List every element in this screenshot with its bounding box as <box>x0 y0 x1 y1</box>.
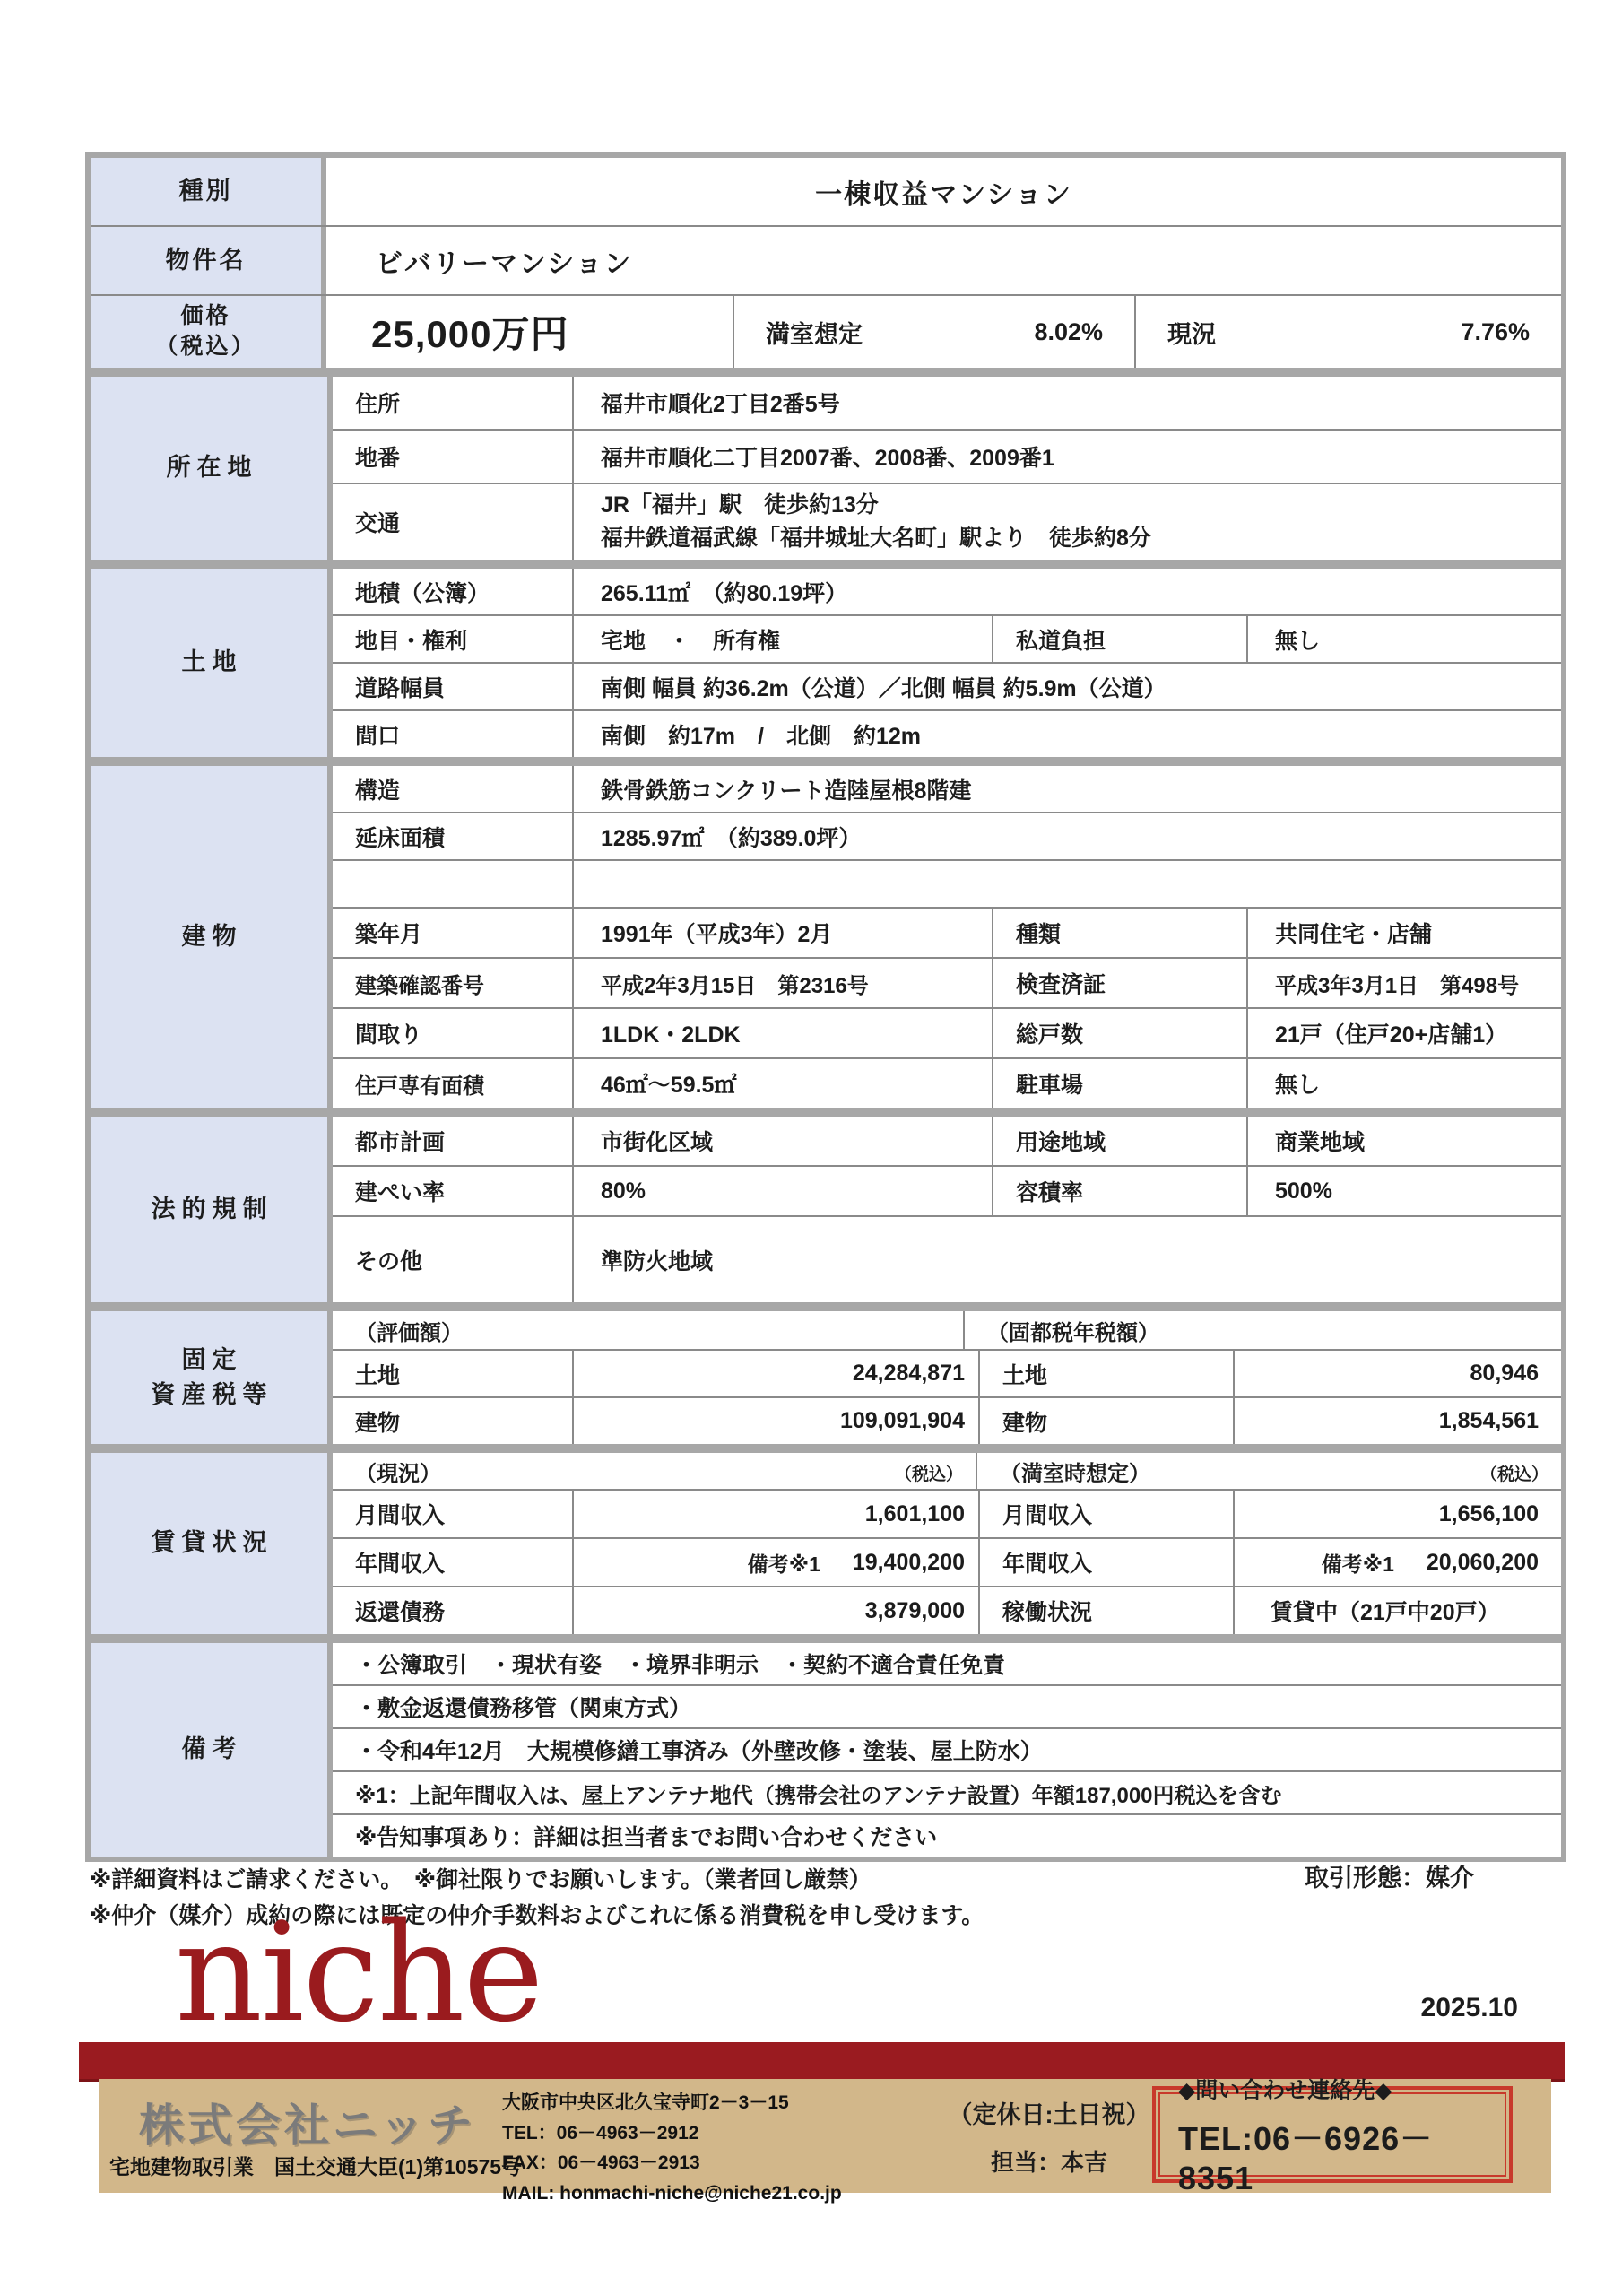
built-year-value: 1991年（平成3年）2月 <box>572 909 992 957</box>
remark-row-5: ※告知事項あり：詳細は担当者までお問い合わせください <box>333 1813 1561 1857</box>
annual-income-note-right: 備考※1 <box>1322 1548 1394 1578</box>
tax-incl-left: （税込） <box>895 1461 963 1489</box>
road-width-value: 南側 幅員 約36.2m（公道）／北側 幅員 約5.9m（公道） <box>572 664 1561 709</box>
city-plan-label: 都市計画 <box>333 1117 572 1165</box>
section-location: 所在地 住所 福井市順化2丁目2番5号 地番 福井市順化二丁目2007番、200… <box>91 368 1561 560</box>
company-name: 株式会社ニッチ <box>139 2090 476 2154</box>
parking-value: 無し <box>1246 1059 1561 1108</box>
access-value: JR「福井」駅 徒歩約13分 福井鉄道福武線「福井城址大名町」駅より 徒歩約8分 <box>572 484 1561 560</box>
building-kind-label: 種類 <box>992 909 1246 957</box>
property-flyer-page: 種別 一棟収益マンション 物件名 ビバリーマンション 価格 （税込） 25,00… <box>0 0 1622 2296</box>
section-label-land: 土地 <box>91 569 333 757</box>
legal-other-value: 準防火地域 <box>572 1217 1561 1302</box>
annual-income-label-2: 年間収入 <box>978 1539 1233 1586</box>
section-rent: 賃貸状況 （現況） （税込） （満室時想定） （税込） 月間収入 1,601,1… <box>91 1444 1561 1634</box>
tax-building-label-2: 建物 <box>978 1398 1233 1444</box>
property-table: 種別 一棟収益マンション 物件名 ビバリーマンション 価格 （税込） 25,00… <box>85 152 1566 1862</box>
lot-value: 福井市順化二丁目2007番、2008番、2009番1 <box>572 430 1561 483</box>
row-structure: 構造 鉄骨鉄筋コンクリート造陸屋根8階建 <box>333 766 1561 812</box>
yield-full-value: 8.02% <box>1034 318 1103 346</box>
section-remarks: 備考 ・公簿取引 ・現状有姿 ・境界非明示 ・契約不適合責任免責 ・敷金返還債務… <box>91 1634 1561 1857</box>
occupancy-label: 稼働状況 <box>978 1587 1233 1634</box>
tax-building-assessed: 109,091,904 <box>572 1398 978 1444</box>
total-units-label: 総戸数 <box>992 1009 1246 1057</box>
row-price: 価格 （税込） 25,000万円 満室想定 8.02% 現況 7.76% <box>91 294 1561 368</box>
permit-label: 建築確認番号 <box>333 959 572 1007</box>
legal-other-label: その他 <box>333 1217 572 1302</box>
row-monthly-income: 月間収入 1,601,100 月間収入 1,656,100 <box>333 1489 1561 1537</box>
type-value: 一棟収益マンション <box>326 158 1561 225</box>
row-land-category: 地目・権利 宅地 ・ 所有権 私道負担 無し <box>333 614 1561 662</box>
access-label: 交通 <box>333 484 572 560</box>
road-width-label: 道路幅員 <box>333 664 572 709</box>
section-label-rent: 賃貸状況 <box>91 1453 333 1634</box>
row-tax-building: 建物 109,091,904 建物 1,854,561 <box>333 1396 1561 1444</box>
annual-income-label: 年間収入 <box>333 1539 572 1586</box>
rent-full-header: （満室時想定） <box>1000 1456 1150 1487</box>
row-permit: 建築確認番号 平成2年3月15日 第2316号 検査済証 平成3年3月1日 第4… <box>333 957 1561 1007</box>
row-deposit: 返還債務 3,879,000 稼働状況 賃貸中（21戸中20戸） <box>333 1586 1561 1634</box>
price-label: 価格 （税込） <box>91 296 326 368</box>
section-land: 土地 地積（公簿） 265.11㎡ （約80.19坪） 地目・権利 宅地 ・ 所… <box>91 560 1561 757</box>
spacer-label <box>333 861 572 907</box>
annual-income-current: 19,400,200 <box>853 1550 965 1576</box>
parking-label: 駐車場 <box>992 1059 1246 1108</box>
remark-row-4: ※1：上記年間収入は、屋上アンテナ地代（携帯会社のアンテナ設置）年額187,00… <box>333 1770 1561 1813</box>
holiday-note: （定休日:土日祝） <box>937 2095 1161 2130</box>
inquiry-tel: TEL:06－6926－8351 <box>1178 2114 1505 2197</box>
annual-income-note-left: 備考※1 <box>748 1548 820 1578</box>
row-unit-area: 住戸専有面積 46㎡～59.5㎡ 駐車場 無し <box>333 1057 1561 1108</box>
spacer-value <box>572 861 1561 907</box>
deposit-value: 3,879,000 <box>572 1587 978 1634</box>
remark-row-3: ・令和4年12月 大規模修繕工事済み（外壁改修・塗装、屋上防水） <box>333 1727 1561 1770</box>
annual-income-current-cell: 備考※1 19,400,200 <box>572 1539 978 1586</box>
property-name-label: 物件名 <box>91 227 326 294</box>
row-city-plan: 都市計画 市街化区域 用途地域 商業地域 <box>333 1117 1561 1165</box>
row-tax-header: （評価額） （固都税年税額） <box>333 1311 1561 1349</box>
tax-building-annual: 1,854,561 <box>1233 1398 1561 1444</box>
zone-value: 商業地域 <box>1246 1117 1561 1165</box>
layout-label: 間取り <box>333 1009 572 1057</box>
section-building: 建物 構造 鉄骨鉄筋コンクリート造陸屋根8階建 延床面積 1285.97㎡ （約… <box>91 757 1561 1108</box>
annual-income-full: 20,060,200 <box>1427 1550 1539 1576</box>
unit-area-label: 住戸専有面積 <box>333 1059 572 1108</box>
monthly-income-label-2: 月間収入 <box>978 1491 1233 1537</box>
niche-logo: niche <box>175 1905 542 2041</box>
land-category-label: 地目・権利 <box>333 616 572 662</box>
occupancy-value: 賃貸中（21戸中20戸） <box>1233 1587 1561 1634</box>
company-contact-block: 大阪市中央区北久宝寺町2－3－15 TEL：06－4963－2912 FAX：0… <box>502 2088 842 2208</box>
yield-current-value: 7.76% <box>1461 318 1530 346</box>
land-category-value: 宅地 ・ 所有権 <box>572 616 992 662</box>
inspection-label: 検査済証 <box>992 959 1246 1007</box>
remark-row-2: ・敷金返還債務移管（関東方式） <box>333 1684 1561 1727</box>
row-layout: 間取り 1LDK・2LDK 総戸数 21戸（住戸20+店舗1） <box>333 1007 1561 1057</box>
section-label-building: 建物 <box>91 766 333 1108</box>
far-value: 500% <box>1246 1167 1561 1215</box>
row-rent-header: （現況） （税込） （満室時想定） （税込） <box>333 1453 1561 1489</box>
section-summary: 種別 一棟収益マンション 物件名 ビバリーマンション 価格 （税込） 25,00… <box>91 158 1561 368</box>
publication-date: 2025.10 <box>1385 1993 1518 2023</box>
structure-label: 構造 <box>333 766 572 812</box>
remark-5: ※告知事項あり：詳細は担当者までお問い合わせください <box>333 1815 1561 1857</box>
row-annual-income: 年間収入 備考※1 19,400,200 年間収入 備考※1 20,060,20… <box>333 1537 1561 1586</box>
remark-row-1: ・公簿取引 ・現状有姿 ・境界非明示 ・契約不適合責任免責 <box>333 1643 1561 1684</box>
layout-value: 1LDK・2LDK <box>572 1009 992 1057</box>
type-label: 種別 <box>91 158 326 225</box>
private-road-value: 無し <box>1246 616 1561 662</box>
rent-current-header-cell: （現況） （税込） <box>333 1453 976 1489</box>
row-type: 種別 一棟収益マンション <box>91 158 1561 225</box>
access-line-2: 福井鉄道福武線「福井城址大名町」駅より 徒歩約8分 <box>601 526 1151 552</box>
frontage-label: 間口 <box>333 711 572 757</box>
row-legal-other: その他 準防火地域 <box>333 1215 1561 1302</box>
address-value: 福井市順化2丁目2番5号 <box>572 377 1561 429</box>
structure-value: 鉄骨鉄筋コンクリート造陸屋根8階建 <box>572 766 1561 812</box>
property-name-value: ビバリーマンション <box>326 227 1561 294</box>
tax-land-assessed: 24,284,871 <box>572 1351 978 1396</box>
lot-label: 地番 <box>333 430 572 483</box>
inspection-value: 平成3年3月1日 第498号 <box>1246 959 1561 1007</box>
yield-current-label: 現況 <box>1167 315 1216 350</box>
row-lot-number: 地番 福井市順化二丁目2007番、2008番、2009番1 <box>333 429 1561 483</box>
company-license: 宅地建物取引業 国土交通大臣(1)第10575号 <box>109 2151 522 2180</box>
tax-land-label-2: 土地 <box>978 1351 1233 1396</box>
company-mail: MAIL: honmachi-niche@niche21.co.jp <box>502 2179 842 2209</box>
row-road-width: 道路幅員 南側 幅員 約36.2m（公道）／北側 幅員 約5.9m（公道） <box>333 662 1561 709</box>
row-frontage: 間口 南側 約17m / 北側 約12m <box>333 709 1561 757</box>
permit-value: 平成2年3月15日 第2316号 <box>572 959 992 1007</box>
price-value: 25,000万円 <box>326 296 733 368</box>
section-label-legal: 法的規制 <box>91 1117 333 1302</box>
remark-1: ・公簿取引 ・現状有姿 ・境界非明示 ・契約不適合責任免責 <box>333 1643 1561 1684</box>
row-building-spacer <box>333 859 1561 907</box>
rent-current-header: （現況） <box>355 1456 441 1487</box>
footnote-line-1: ※詳細資料はご請求ください。 ※御社限りでお願いします。（業者回し厳禁） <box>90 1862 984 1898</box>
land-area-value: 265.11㎡ （約80.19坪） <box>572 569 1561 614</box>
yield-full-cell: 満室想定 8.02% <box>733 296 1134 368</box>
rep-block: （定休日:土日祝） 担当：本吉 <box>937 2095 1161 2178</box>
row-access: 交通 JR「福井」駅 徒歩約13分 福井鉄道福武線「福井城址大名町」駅より 徒歩… <box>333 483 1561 560</box>
coverage-label: 建ぺい率 <box>333 1167 572 1215</box>
inquiry-box-inner: ◆問い合わせ連絡先◆ TEL:06－6926－8351 <box>1158 2092 1506 2177</box>
row-tax-land: 土地 24,284,871 土地 80,946 <box>333 1349 1561 1396</box>
row-property-name: 物件名 ビバリーマンション <box>91 225 1561 294</box>
built-year-label: 築年月 <box>333 909 572 957</box>
access-line-1: JR「福井」駅 徒歩約13分 <box>601 493 879 518</box>
remark-2: ・敷金返還債務移管（関東方式） <box>333 1686 1561 1727</box>
address-label: 住所 <box>333 377 572 429</box>
city-plan-value: 市街化区域 <box>572 1117 992 1165</box>
section-tax: 固定 資産税等 （評価額） （固都税年税額） 土地 24,284,871 土地 … <box>91 1302 1561 1444</box>
footer-band: 株式会社ニッチ 宅地建物取引業 国土交通大臣(1)第10575号 大阪市中央区北… <box>99 2079 1551 2193</box>
tax-land-annual: 80,946 <box>1233 1351 1561 1396</box>
deposit-label: 返還債務 <box>333 1587 572 1634</box>
row-address: 住所 福井市順化2丁目2番5号 <box>333 377 1561 429</box>
coverage-value: 80% <box>572 1167 992 1215</box>
section-label-remarks: 備考 <box>91 1643 333 1857</box>
rep-name: 担当：本吉 <box>937 2144 1161 2178</box>
section-legal: 法的規制 都市計画 市街化区域 用途地域 商業地域 建ぺい率 80% 容積率 5… <box>91 1108 1561 1302</box>
remark-3: ・令和4年12月 大規模修繕工事済み（外壁改修・塗装、屋上防水） <box>333 1729 1561 1770</box>
row-floor-area: 延床面積 1285.97㎡ （約389.0坪） <box>333 812 1561 859</box>
building-kind-value: 共同住宅・店舗 <box>1246 909 1561 957</box>
row-coverage: 建ぺい率 80% 容積率 500% <box>333 1165 1561 1215</box>
monthly-income-label: 月間収入 <box>333 1491 572 1537</box>
frontage-value: 南側 約17m / 北側 約12m <box>572 711 1561 757</box>
zone-label: 用途地域 <box>992 1117 1246 1165</box>
monthly-income-current: 1,601,100 <box>572 1491 978 1537</box>
total-units-value: 21戸（住戸20+店舗1） <box>1246 1009 1561 1057</box>
row-land-area: 地積（公簿） 265.11㎡ （約80.19坪） <box>333 569 1561 614</box>
far-label: 容積率 <box>992 1167 1246 1215</box>
inquiry-title: ◆問い合わせ連絡先◆ <box>1178 2073 1505 2105</box>
unit-area-value: 46㎡～59.5㎡ <box>572 1059 992 1108</box>
land-area-label: 地積（公簿） <box>333 569 572 614</box>
monthly-income-full: 1,656,100 <box>1233 1491 1561 1537</box>
yield-full-label: 満室想定 <box>766 315 863 350</box>
tax-incl-right: （税込） <box>1480 1461 1548 1489</box>
tax-building-label: 建物 <box>333 1398 572 1444</box>
section-label-tax: 固定 資産税等 <box>91 1311 333 1444</box>
remark-4: ※1：上記年間収入は、屋上アンテナ地代（携帯会社のアンテナ設置）年額187,00… <box>333 1772 1561 1813</box>
deal-type: 取引形態：媒介 <box>1305 1858 1474 1893</box>
row-built-year: 築年月 1991年（平成3年）2月 種類 共同住宅・店舗 <box>333 907 1561 957</box>
section-label-location: 所在地 <box>91 377 333 560</box>
company-address: 大阪市中央区北久宝寺町2－3－15 <box>502 2088 842 2118</box>
tax-land-label: 土地 <box>333 1351 572 1396</box>
annual-income-full-cell: 備考※1 20,060,200 <box>1233 1539 1561 1586</box>
rent-full-header-cell: （満室時想定） （税込） <box>976 1453 1561 1489</box>
inquiry-box: ◆問い合わせ連絡先◆ TEL:06－6926－8351 <box>1152 2086 1513 2183</box>
floor-area-label: 延床面積 <box>333 813 572 859</box>
assessed-header: （評価額） <box>333 1311 963 1349</box>
company-tel: TEL：06－4963－2912 <box>502 2118 842 2149</box>
private-road-label: 私道負担 <box>992 616 1246 662</box>
company-fax: FAX：06－4963－2913 <box>502 2148 842 2179</box>
annual-tax-header: （固都税年税額） <box>963 1311 1561 1349</box>
floor-area-value: 1285.97㎡ （約389.0坪） <box>572 813 1561 859</box>
yield-current-cell: 現況 7.76% <box>1134 296 1561 368</box>
